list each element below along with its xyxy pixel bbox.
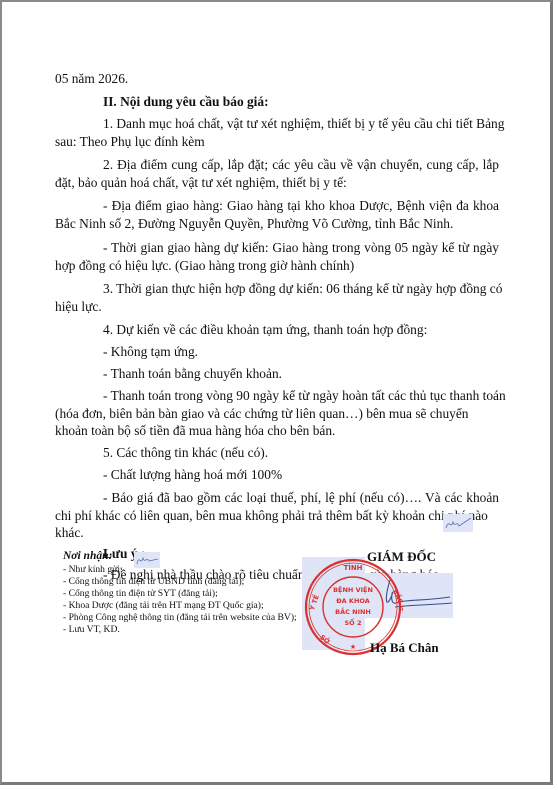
recipients-title: Nơi nhận:	[63, 551, 112, 563]
recipient-item: - Khoa Dược (đăng tải trên HT mạng ĐT Qu…	[63, 600, 264, 612]
payment-line2: (hóa đơn, biên bản bàn giao và các chứng…	[55, 406, 469, 422]
item5: 5. Các thông tin khác (nếu có).	[103, 445, 268, 461]
item3-line1: 3. Thời gian thực hiện hợp đồng dự kiến:…	[103, 281, 499, 297]
price-line2: chi phí khác có liên quan, bên mua không…	[55, 508, 488, 524]
delivery-place-line1: - Địa điểm giao hàng: Giao hàng tại kho …	[103, 198, 499, 214]
recipient-item: - Cổng thông tin điện tử SYT (đăng tải);	[63, 588, 218, 600]
director-title: GIÁM ĐỐC	[367, 549, 436, 565]
svg-text:SỐ 2: SỐ 2	[345, 617, 362, 627]
delivery-place-line2: Bắc Ninh số 2, Đường Nguyễn Quyền, Phườn…	[55, 216, 453, 232]
item2-line1: 2. Địa điểm cung cấp, lắp đặt; các yêu c…	[103, 157, 499, 173]
payment-line3: khoản toàn bộ số tiền đã mua hàng hóa ch…	[55, 423, 335, 439]
item2-line2: đặt, bảo quản hoá chất, vật tư xét nghiệ…	[55, 175, 347, 191]
section-title: II. Nội dung yêu cầu báo giá:	[103, 94, 269, 110]
svg-text:SỞ: SỞ	[318, 632, 333, 647]
item1-line2: sau: Theo Phụ lục đính kèm	[55, 134, 205, 150]
quality: - Chất lượng hàng hoá mới 100%	[103, 467, 282, 483]
item4: 4. Dự kiến về các điều khoản tạm ứng, th…	[103, 322, 427, 338]
recipients-initials	[134, 552, 160, 568]
svg-text:★: ★	[350, 643, 356, 651]
recipient-item: - Lưu VT, KD.	[63, 624, 120, 636]
price-line3: khác.	[55, 525, 84, 541]
svg-text:BẮC NINH: BẮC NINH	[335, 606, 371, 616]
svg-text:BỆNH VIỆN: BỆNH VIỆN	[333, 585, 373, 594]
item3-line2: hiệu lực.	[55, 299, 102, 315]
transfer: - Thanh toán bằng chuyển khoản.	[103, 366, 282, 382]
recipient-item: - Cổng thông tin điện tử UBND tỉnh (đăng…	[63, 576, 244, 588]
initials-signature	[443, 514, 473, 532]
payment-line1: - Thanh toán trong vòng 90 ngày kể từ ng…	[103, 388, 499, 404]
item1-line1: 1. Danh mục hoá chất, vật tư xét nghiệm,…	[103, 116, 499, 132]
delivery-time-line1: - Thời gian giao hàng dự kiến: Giao hàng…	[103, 240, 499, 256]
initials-scribble-icon	[134, 552, 160, 568]
recipient-item: - Như kính gửi;	[63, 564, 123, 576]
no-advance: - Không tạm ứng.	[103, 344, 198, 360]
delivery-time-line2: hợp đồng có hiệu lực. (Giao hàng trong g…	[55, 258, 354, 274]
director-name: Hạ Bá Chân	[370, 640, 439, 656]
initials-scribble-icon	[443, 514, 473, 532]
svg-text:TỈNH: TỈNH	[343, 562, 362, 572]
price-line1: - Báo giá đã bao gồm các loại thuế, phí,…	[103, 490, 499, 506]
recipient-item: - Phòng Công nghệ thông tin (đăng tải tr…	[63, 612, 297, 624]
svg-text:ĐA KHOA: ĐA KHOA	[336, 597, 370, 605]
top-line: 05 năm 2026.	[55, 71, 128, 87]
